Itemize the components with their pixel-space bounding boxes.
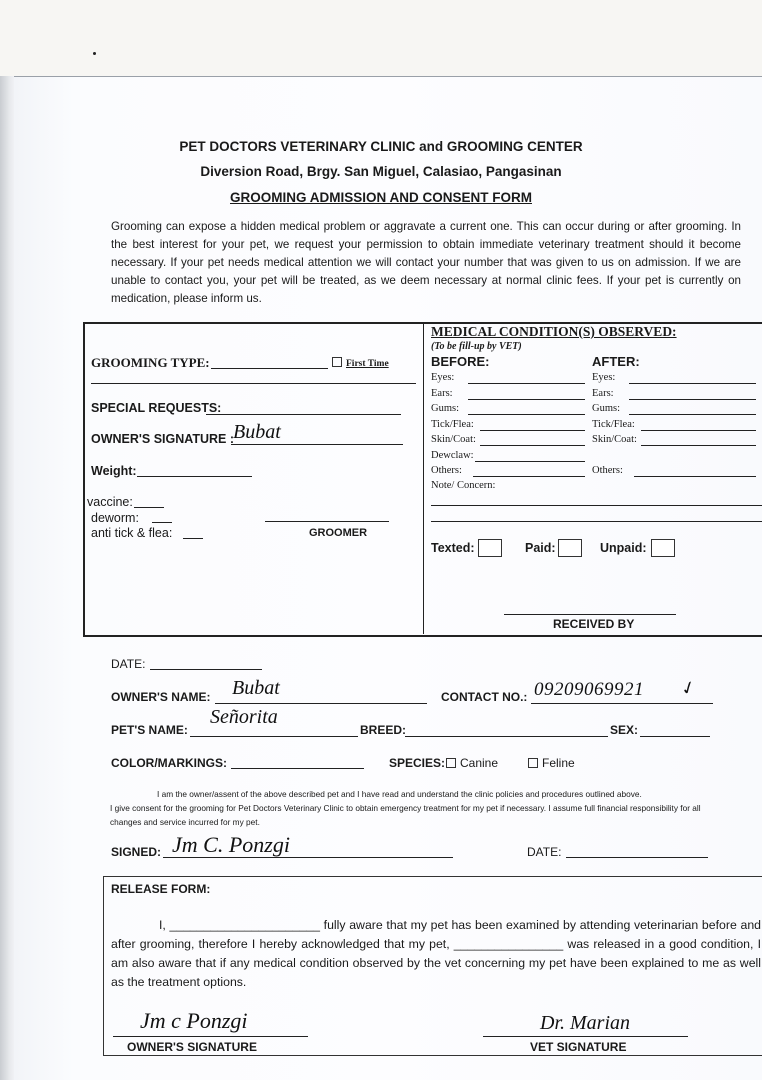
color-markings-field[interactable] <box>231 768 364 769</box>
after-field-label: Skin/Coat: <box>592 434 637 445</box>
date-field[interactable] <box>150 669 262 670</box>
after-field-label: Ears: <box>592 388 614 399</box>
pet-name-label: PET'S NAME: <box>111 723 188 737</box>
owner-signature-label: OWNER'S SIGNATURE : <box>91 432 234 446</box>
scan-speck <box>93 52 96 55</box>
consent-date-field[interactable] <box>566 857 708 858</box>
owner-signature-field[interactable] <box>231 444 403 445</box>
weight-label: Weight: <box>91 464 137 478</box>
note-line-1[interactable] <box>431 505 762 506</box>
sex-label: SEX: <box>610 723 638 737</box>
release-owner-signature-line[interactable] <box>113 1036 308 1037</box>
after-field-input[interactable] <box>641 445 756 446</box>
before-field-input[interactable] <box>473 476 586 477</box>
owner-name-value: Bubat <box>232 677 280 700</box>
consent-line-rest: I give consent for the grooming for Pet … <box>110 801 715 829</box>
signed-value: Jm C. Ponzgi <box>172 832 290 858</box>
grooming-type-label: GROOMING TYPE: <box>91 355 210 371</box>
deworm-label: deworm: <box>91 511 139 525</box>
intro-paragraph: Grooming can expose a hidden medical pro… <box>111 218 741 308</box>
after-field-input[interactable] <box>641 430 756 431</box>
clinic-address: Diversion Road, Brgy. San Miguel, Calasi… <box>0 164 762 179</box>
unpaid-checkbox[interactable] <box>651 539 675 557</box>
first-time-label: First Time <box>346 359 389 369</box>
consent-date-label: DATE: <box>527 845 561 859</box>
clinic-name: PET DOCTORS VETERINARY CLINIC and GROOMI… <box>0 139 762 154</box>
release-owner-signature-value: Jm c Ponzgi <box>140 1008 248 1034</box>
consent-text: I am the owner/assent of the above descr… <box>110 787 715 829</box>
unpaid-label: Unpaid: <box>600 541 647 555</box>
received-by-label: RECEIVED BY <box>553 617 634 631</box>
checkbox-icon <box>446 758 456 768</box>
species-label: SPECIES: <box>389 756 445 770</box>
before-field-input[interactable] <box>468 414 586 415</box>
pet-name-field[interactable] <box>190 736 358 737</box>
release-form-text: I, ______________________ fully aware th… <box>111 916 761 992</box>
vet-signature-label: VET SIGNATURE <box>530 1040 626 1054</box>
vet-signature-value: Dr. Marian <box>540 1012 630 1035</box>
table-divider <box>423 322 424 634</box>
before-field-label: Ears: <box>431 388 453 399</box>
after-field-input[interactable] <box>634 476 757 477</box>
after-field-label: Eyes: <box>592 372 615 383</box>
paid-checkbox[interactable] <box>558 539 582 557</box>
before-field-input[interactable] <box>475 461 585 462</box>
vet-signature-line[interactable] <box>483 1036 688 1037</box>
after-field-input[interactable] <box>629 383 757 384</box>
before-field-label: Gums: <box>431 403 459 414</box>
owner-name-label: OWNER'S NAME: <box>111 690 211 704</box>
sex-field[interactable] <box>640 736 710 737</box>
medical-title: MEDICAL CONDITION(S) OBSERVED: <box>431 324 677 340</box>
release-form-title: RELEASE FORM: <box>111 882 210 896</box>
groomer-label: GROOMER <box>309 527 367 539</box>
before-field-input[interactable] <box>480 445 585 446</box>
breed-label: BREED: <box>360 723 406 737</box>
release-owner-signature-label: OWNER'S SIGNATURE <box>127 1040 257 1054</box>
after-field-input[interactable] <box>629 414 757 415</box>
vaccine-field[interactable] <box>134 507 164 508</box>
before-heading: BEFORE: <box>431 354 490 369</box>
first-time-checkbox[interactable]: First Time <box>332 357 389 369</box>
paid-label: Paid: <box>525 541 556 555</box>
after-field-label: Gums: <box>592 403 620 414</box>
owner-signature-value: Bubat <box>233 421 281 444</box>
consent-line-1: I am the owner/assent of the above descr… <box>110 787 715 801</box>
form-title: GROOMING ADMISSION AND CONSENT FORM <box>0 190 762 205</box>
before-field-label: Eyes: <box>431 372 454 383</box>
color-markings-label: COLOR/MARKINGS: <box>111 756 227 770</box>
vaccine-label: vaccine: <box>87 495 133 509</box>
note-concern-label: Note/ Concern: <box>431 480 495 491</box>
pet-name-value: Señorita <box>210 706 278 729</box>
grooming-type-extra-line[interactable] <box>91 383 416 384</box>
contact-value: 09209069921 <box>534 679 644 701</box>
anti-tick-field[interactable] <box>183 538 203 539</box>
grooming-type-field[interactable] <box>211 368 328 369</box>
species-option-feline[interactable]: Feline <box>528 756 575 770</box>
checkbox-icon <box>528 758 538 768</box>
note-line-2[interactable] <box>431 521 762 522</box>
anti-tick-label: anti tick & flea: <box>91 526 172 540</box>
after-field-label: Others: <box>592 465 623 476</box>
checkbox-icon <box>332 357 342 367</box>
before-field-label: Others: <box>431 465 462 476</box>
medical-subtitle: (To be fill-up by VET) <box>431 341 522 352</box>
contact-label: CONTACT NO.: <box>441 690 527 704</box>
signed-label: SIGNED: <box>111 845 161 859</box>
breed-field[interactable] <box>405 736 608 737</box>
special-requests-field[interactable] <box>206 414 401 415</box>
before-field-label: Dewclaw: <box>431 450 474 461</box>
before-field-input[interactable] <box>480 430 585 431</box>
before-field-input[interactable] <box>468 383 586 384</box>
deworm-field[interactable] <box>152 522 172 523</box>
before-field-label: Tick/Flea: <box>431 419 474 430</box>
before-field-label: Skin/Coat: <box>431 434 476 445</box>
weight-field[interactable] <box>137 476 252 477</box>
after-field-input[interactable] <box>629 399 757 400</box>
date-label: DATE: <box>111 657 145 671</box>
after-heading: AFTER: <box>592 354 640 369</box>
canine-label: Canine <box>460 756 498 770</box>
species-option-canine[interactable]: Canine <box>446 756 498 770</box>
feline-label: Feline <box>542 756 575 770</box>
texted-label: Texted: <box>431 541 475 555</box>
groomer-signature-line[interactable] <box>265 521 389 522</box>
texted-checkbox[interactable] <box>478 539 502 557</box>
before-field-input[interactable] <box>468 399 586 400</box>
after-field-label: Tick/Flea: <box>592 419 635 430</box>
owner-name-field[interactable] <box>215 703 427 704</box>
received-by-line[interactable] <box>504 614 676 615</box>
special-requests-label: SPECIAL REQUESTS: <box>91 401 221 415</box>
contact-field[interactable] <box>531 703 713 704</box>
